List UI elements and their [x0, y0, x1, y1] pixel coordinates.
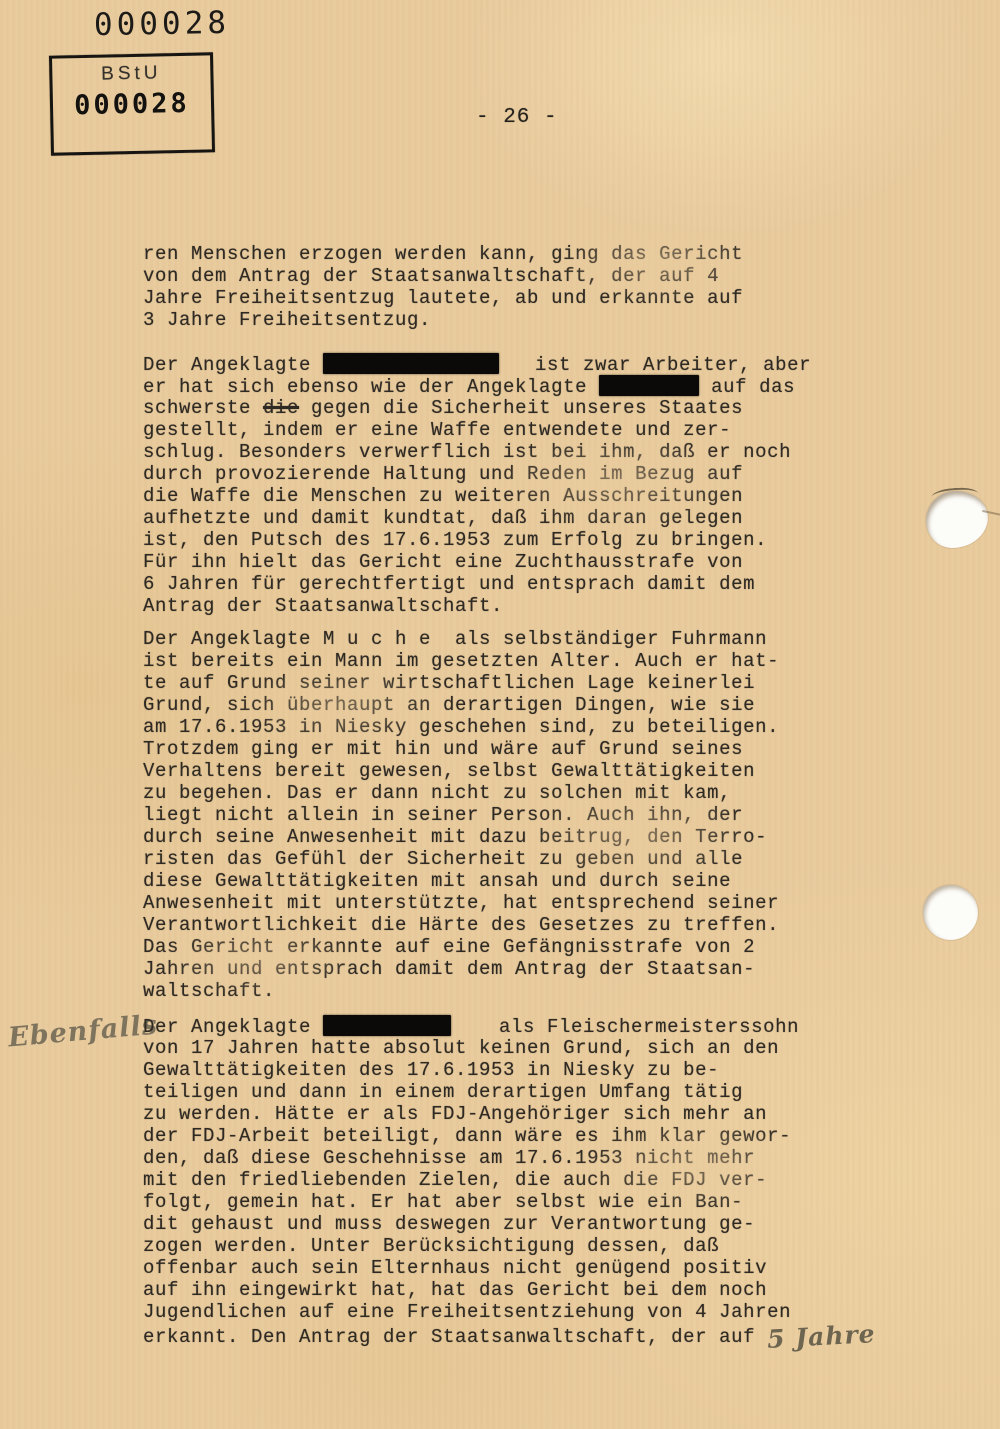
text-line: Der Angeklagte ist zwar Arbeiter, aber: [143, 353, 863, 375]
text-line: zu werden. Hätte er als FDJ-Angehöriger …: [143, 1103, 863, 1125]
text-line: 6 Jahren für gerechtfertigt und entsprac…: [143, 573, 863, 595]
text-line: Trotzdem ging er mit hin und wäre auf Gr…: [143, 738, 863, 760]
redaction-bar: [599, 375, 699, 396]
text-line: Der Angeklagte als Fleischermeisterssohn: [143, 1015, 863, 1037]
text-line: am 17.6.1953 in Niesky geschehen sind, z…: [143, 716, 863, 738]
paragraph: ren Menschen erzogen werden kann, ging d…: [143, 243, 863, 331]
text-line: durch seine Anwesenheit mit dazu beitrug…: [143, 826, 863, 848]
text-line: teiligen und dann in einem derartigen Um…: [143, 1081, 863, 1103]
scanned-document-page: 000028 BStU 000028 - 26 - Ebenfalls ren …: [0, 0, 1000, 1429]
text-line: risten das Gefühl der Sicherheit zu gebe…: [143, 848, 863, 870]
text-line: Der Angeklagte M u c h e als selbständig…: [143, 628, 863, 650]
text-line: erkannt. Den Antrag der Staatsanwaltscha…: [143, 1323, 863, 1345]
text-line: waltschaft.: [143, 980, 863, 1002]
text-line: Gewalttätigkeiten des 17.6.1953 in Niesk…: [143, 1059, 863, 1081]
text-line: diese Gewalttätigkeiten mit ansah und du…: [143, 870, 863, 892]
text-line: Grund, sich überhaupt an derartigen Ding…: [143, 694, 863, 716]
text-line: von 17 Jahren hatte absolut keinen Grund…: [143, 1037, 863, 1059]
text-line: aufhetzte und damit kundtat, daß ihm dar…: [143, 507, 863, 529]
text-line: schwerste die gegen die Sicherheit unser…: [143, 397, 863, 419]
text-line: auf ihn eingewirkt hat, hat das Gericht …: [143, 1279, 863, 1301]
text-line: Für ihn hielt das Gericht eine Zuchthaus…: [143, 551, 863, 573]
bstu-archive-stamp: BStU 000028: [49, 52, 215, 155]
text-line: gestellt, indem er eine Waffe entwendete…: [143, 419, 863, 441]
text-line: durch provozierende Haltung und Reden im…: [143, 463, 863, 485]
punched-hole-bottom: [923, 885, 978, 940]
text-line: ren Menschen erzogen werden kann, ging d…: [143, 243, 863, 265]
text-line: folgt, gemein hat. Er hat aber selbst wi…: [143, 1191, 863, 1213]
paragraph: Der Angeklagte ist zwar Arbeiter, aberer…: [143, 353, 863, 617]
struck-through-word: die: [263, 397, 299, 419]
text-line: mit den friedliebenden Zielen, die auch …: [143, 1169, 863, 1191]
text-line: 3 Jahre Freiheitsentzug.: [143, 309, 863, 331]
text-line: Verantwortlichkeit die Härte des Gesetze…: [143, 914, 863, 936]
punched-hole-top: [926, 491, 988, 548]
text-line: liegt nicht allein in seiner Person. Auc…: [143, 804, 863, 826]
bstu-stamp-label: BStU: [52, 61, 210, 86]
text-line: Anwesenheit mit unterstützte, hat entspr…: [143, 892, 863, 914]
page-number: - 26 -: [476, 106, 558, 129]
text-line: Antrag der Staatsanwaltschaft.: [143, 595, 863, 617]
text-line: Das Gericht erkannte auf eine Gefängniss…: [143, 936, 863, 958]
text-line: von dem Antrag der Staatsanwaltschaft, d…: [143, 265, 863, 287]
text-line: den, daß diese Geschehnisse am 17.6.1953…: [143, 1147, 863, 1169]
text-line: zogen werden. Unter Berücksichtigung des…: [143, 1235, 863, 1257]
text-line: ist, den Putsch des 17.6.1953 zum Erfolg…: [143, 529, 863, 551]
archive-page-stamp-number: 000028: [94, 5, 231, 43]
text-line: zu begehen. Das er dann nicht zu solchen…: [143, 782, 863, 804]
text-line: er hat sich ebenso wie der Angeklagte au…: [143, 375, 863, 397]
handwritten-margin-note: Ebenfalls: [7, 1010, 159, 1054]
document-body: ren Menschen erzogen werden kann, ging d…: [143, 243, 863, 1358]
redaction-bar: [323, 1015, 451, 1036]
text-line: ist bereits ein Mann im gesetzten Alter.…: [143, 650, 863, 672]
text-line: dit gehaust und muss deswegen zur Verant…: [143, 1213, 863, 1235]
paragraph: Der Angeklagte als Fleischermeisterssohn…: [143, 1015, 863, 1345]
text-line: der FDJ-Arbeit beteiligt, dann wäre es i…: [143, 1125, 863, 1147]
text-line: Jahren und entsprach damit dem Antrag de…: [143, 958, 863, 980]
text-line: schlug. Besonders verwerflich ist bei ih…: [143, 441, 863, 463]
bstu-stamp-number: 000028: [53, 87, 212, 121]
handwritten-sentence-note: 5 Jahre: [767, 1323, 876, 1351]
redaction-bar: [323, 353, 499, 374]
text-line: offenbar auch sein Elternhaus nicht genü…: [143, 1257, 863, 1279]
text-line: Jugendlichen auf eine Freiheitsentziehun…: [143, 1301, 863, 1323]
text-line: Jahre Freiheitsentzug lautete, ab und er…: [143, 287, 863, 309]
paragraph: Der Angeklagte M u c h e als selbständig…: [143, 628, 863, 1002]
text-line: die Waffe die Menschen zu weiteren Aussc…: [143, 485, 863, 507]
text-line: te auf Grund seiner wirtschaftlichen Lag…: [143, 672, 863, 694]
text-line: Verhaltens bereit gewesen, selbst Gewalt…: [143, 760, 863, 782]
